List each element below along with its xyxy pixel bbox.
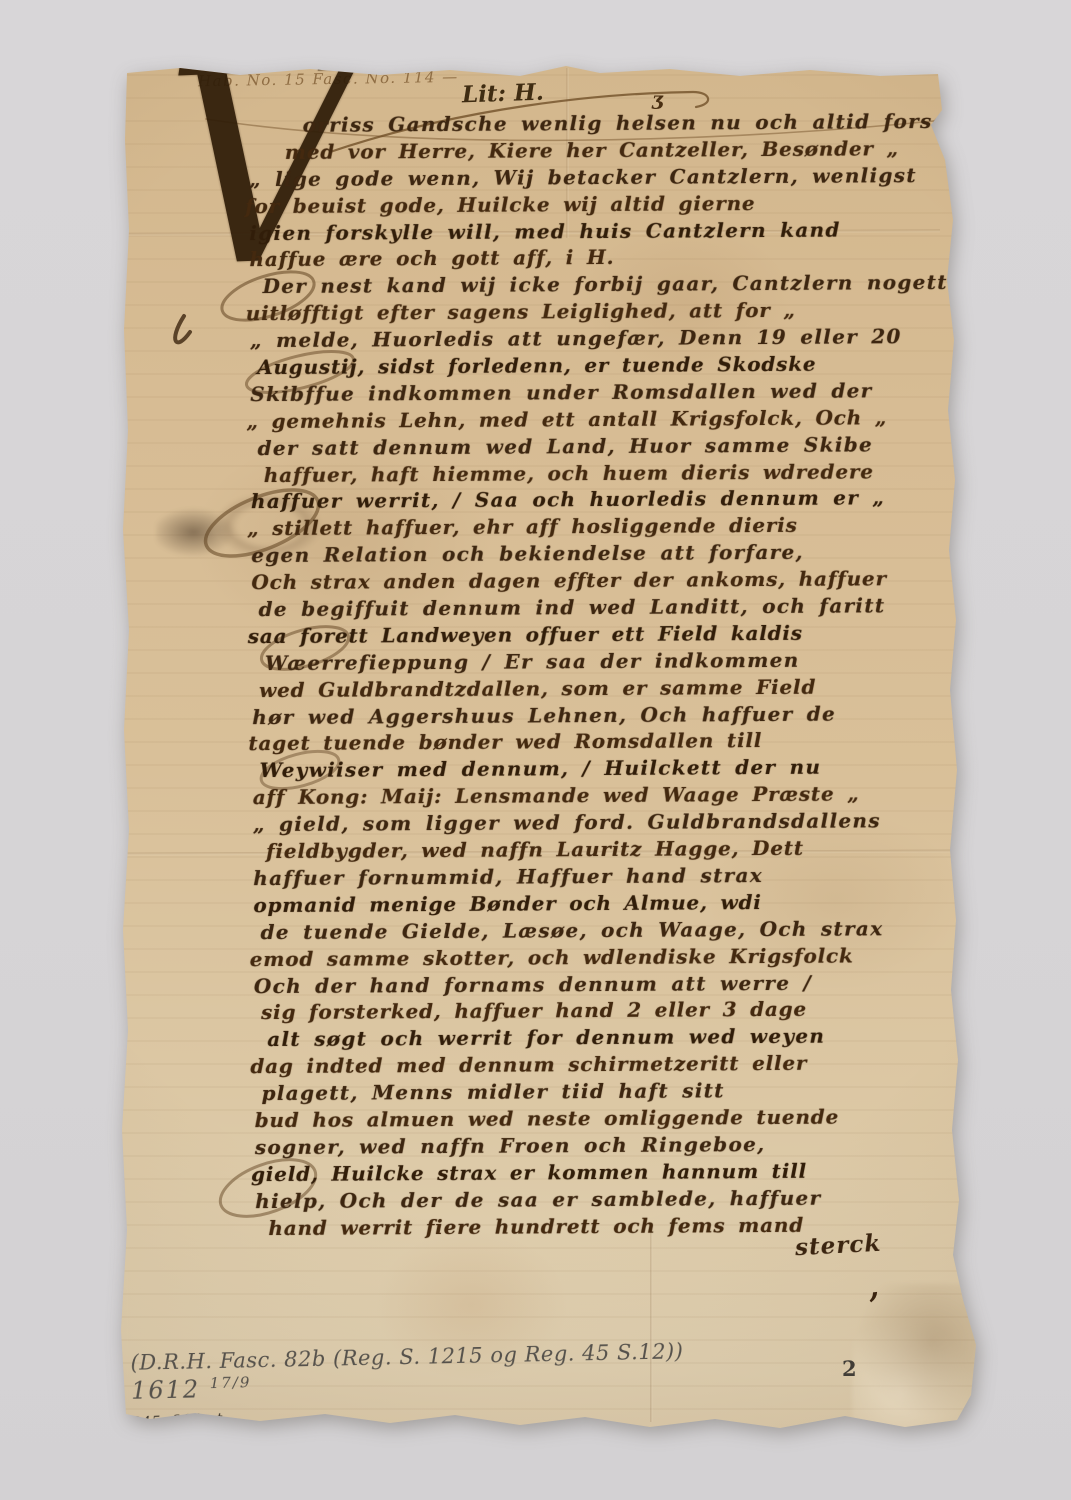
manuscript-line: opmanid menige Bønder och Almue, wdi xyxy=(253,889,949,920)
manuscript-line: Weywiiser med dennum, / Huilckett der nu xyxy=(259,754,948,785)
manuscript-line: Och der hand fornams dennum att werre / xyxy=(254,969,950,1000)
page-number: 2 xyxy=(842,1356,857,1381)
manuscript-line: fieldbygder, wed naffn Lauritz Hagge, De… xyxy=(266,835,949,866)
manuscript-line: hielp, Och der de saa er samblede, haffu… xyxy=(255,1184,951,1215)
manuscript-line: med vor Herre, Kiere her Cantzeller, Bes… xyxy=(285,136,945,167)
manuscript-line: sogner, wed naffn Froen och Ringeboe, xyxy=(255,1131,951,1162)
archivist-annotations: (D.R.H. Fasc. 82b (Reg. S. 1215 og Reg. … xyxy=(130,1339,684,1424)
manuscript-line: sig forsterked, haffuer hand 2 eller 3 d… xyxy=(261,996,950,1027)
manuscript-line: haffuer, haft hiemme, och huem dieris wd… xyxy=(264,458,947,489)
manuscript-line: haffuer werrit, / Saa och huorledis denn… xyxy=(251,485,947,516)
manuscript-line: egen Relation och bekiendelse att forfar… xyxy=(251,539,947,570)
manuscript-line: uitløfftigt efter sagens Leiglighed, att… xyxy=(246,297,946,328)
scribe-mark: ʒ xyxy=(652,88,663,110)
manuscript-page: Hab. No. 15 Fasc. No. 114 — Lit: H. ʒ V … xyxy=(0,0,1071,1500)
manuscript-line: Skibffue indkommen under Romsdallen wed … xyxy=(250,378,946,409)
paper-shadow-wrap: Hab. No. 15 Fasc. No. 114 — Lit: H. ʒ V … xyxy=(0,0,1071,1500)
photograph-backdrop: Hab. No. 15 Fasc. No. 114 — Lit: H. ʒ V … xyxy=(0,0,1071,1500)
manuscript-line: de begiffuit dennum ind wed Landitt, och… xyxy=(259,593,948,624)
manuscript-line: for beuist gode, Huilcke wij altid giern… xyxy=(245,190,945,221)
manuscript-line: dag indted med dennum schirmetzeritt ell… xyxy=(250,1050,950,1081)
manuscript-line: alt søgt och werrit for dennum wed weyen xyxy=(267,1023,950,1054)
manuscript-line: Der nest kand wij icke forbij gaar, Cant… xyxy=(263,270,946,301)
manuscript-line: igien forskylle will, med huis Cantzlern… xyxy=(249,216,945,247)
manuscript-line: „ stillett haffuer, ehr aff hosliggende … xyxy=(247,512,947,543)
manuscript-line: bud hos almuen wed neste omliggende tuen… xyxy=(255,1104,951,1135)
manuscript-line: taget tuende bønder wed Romsdallen till xyxy=(248,727,948,758)
manuscript-line: „ gield, som ligger wed ford. Guldbrands… xyxy=(253,808,949,839)
manuscript-line: hør wed Aggershuus Lehnen, Och haffuer d… xyxy=(252,700,948,731)
archive-date-year: 1612 xyxy=(131,1375,201,1404)
letter-mark-annotation: Lit: H. xyxy=(462,79,545,109)
manuscript-line: emod samme skotter, och wdlendiske Krigs… xyxy=(250,942,950,973)
manuscript-line: Wæerrefieppung / Er saa der indkommen xyxy=(265,647,948,678)
manuscript-line: haffuer fornummid, Haffuer hand strax xyxy=(253,862,949,893)
manuscript-line: de tuende Gielde, Læsøe, och Waage, Och … xyxy=(260,916,949,947)
manuscript-line: Och strax anden dagen effter der ankoms,… xyxy=(251,566,947,597)
manuscript-line: saa forett Landweyen offuer ett Field ka… xyxy=(248,620,948,651)
manuscript-line: „ gemehnis Lehn, med ett antall Krigsfol… xyxy=(246,405,946,436)
manuscript-line: „ lige gode wenn, Wij betacker Cantzlern… xyxy=(249,163,945,194)
manuscript-line: der satt dennum wed Land, Huor samme Ski… xyxy=(258,432,947,463)
manuscript-line: orriss Gandsche wenlig helsen nu och alt… xyxy=(303,109,945,140)
manuscript-line: aff Kong: Maij: Lensmande wed Waage Præs… xyxy=(253,781,949,812)
paper-crumple-bottom-right xyxy=(852,1284,982,1434)
manuscript-line: haffue ære och gott aff, i H. xyxy=(249,243,945,274)
manuscript-line: wed Guldbrandtzdallen, som er samme Fiel… xyxy=(259,674,948,705)
catchword: sterck xyxy=(794,1230,882,1261)
manuscript-line: „ melde, Huorledis att ungefær, Denn 19 … xyxy=(250,324,946,355)
archive-date-fraction: 17/9 xyxy=(210,1373,252,1392)
manuscript-line: plagett, Menns midler tiid haft sitt xyxy=(261,1077,950,1108)
manuscript-line: gield, Huilcke strax er kommen hannum ti… xyxy=(251,1158,951,1189)
letter-body: orriss Gandsche wenlig helsen nu och alt… xyxy=(249,109,952,1243)
manuscript-line: Augustij, sidst forledenn, er tuende Sko… xyxy=(257,351,946,382)
